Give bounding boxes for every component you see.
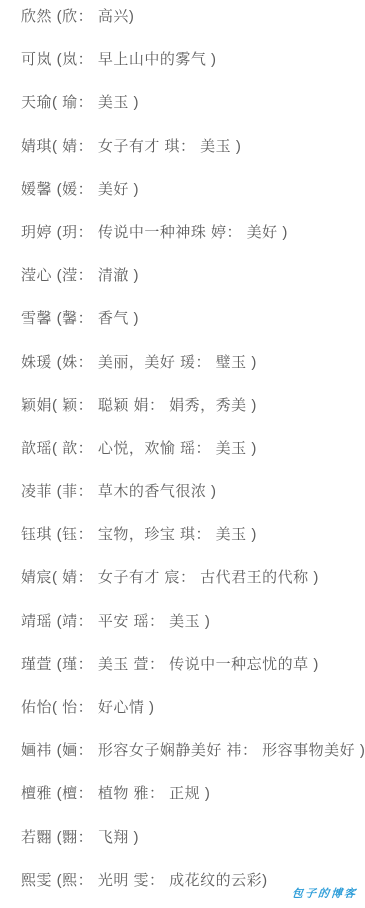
- page: 欣然 (欣： 高兴) 可岚 (岚： 早上山中的雾气 ) 天瑜( 瑜： 美玉 ) …: [0, 0, 365, 908]
- name-entry: 婳祎 (婳： 形容女子娴静美好 祎： 形容事物美好 ): [0, 734, 365, 777]
- name-list: 欣然 (欣： 高兴) 可岚 (岚： 早上山中的雾气 ) 天瑜( 瑜： 美玉 ) …: [0, 0, 365, 907]
- name-entry: 玥婷 (玥： 传说中一种神珠 婷： 美好 ): [0, 216, 365, 259]
- name-entry: 凌菲 (菲： 草木的香气很浓 ): [0, 475, 365, 518]
- name-entry: 天瑜( 瑜： 美玉 ): [0, 86, 365, 129]
- name-entry: 媛馨 (媛： 美好 ): [0, 173, 365, 216]
- name-entry: 婧琪( 婧： 女子有才 琪： 美玉 ): [0, 130, 365, 173]
- name-entry: 靖瑶 (靖： 平安 瑶： 美玉 ): [0, 605, 365, 648]
- name-entry: 颖娟( 颖： 聪颖 娟： 娟秀，秀美 ): [0, 389, 365, 432]
- name-entry: 佑怡( 怡： 好心情 ): [0, 691, 365, 734]
- name-entry: 可岚 (岚： 早上山中的雾气 ): [0, 43, 365, 86]
- name-entry: 檀雅 (檀： 植物 雅： 正规 ): [0, 777, 365, 820]
- name-entry: 滢心 (滢： 清澈 ): [0, 259, 365, 302]
- name-entry: 姝瑗 (姝： 美丽，美好 瑗： 璧玉 ): [0, 346, 365, 389]
- name-entry: 瑾萱 (瑾： 美玉 萱： 传说中一种忘忧的草 ): [0, 648, 365, 691]
- name-entry: 欣然 (欣： 高兴): [0, 0, 365, 43]
- name-entry: 歆瑶( 歆： 心悦，欢愉 瑶： 美玉 ): [0, 432, 365, 475]
- name-entry: 雪馨 (馨： 香气 ): [0, 302, 365, 345]
- watermark: 包子的博客: [291, 885, 358, 901]
- name-entry: 钰琪 (钰： 宝物，珍宝 琪： 美玉 ): [0, 518, 365, 561]
- name-entry: 若翾 (翾： 飞翔 ): [0, 821, 365, 864]
- name-entry: 婧宸( 婧： 女子有才 宸： 古代君王的代称 ): [0, 561, 365, 604]
